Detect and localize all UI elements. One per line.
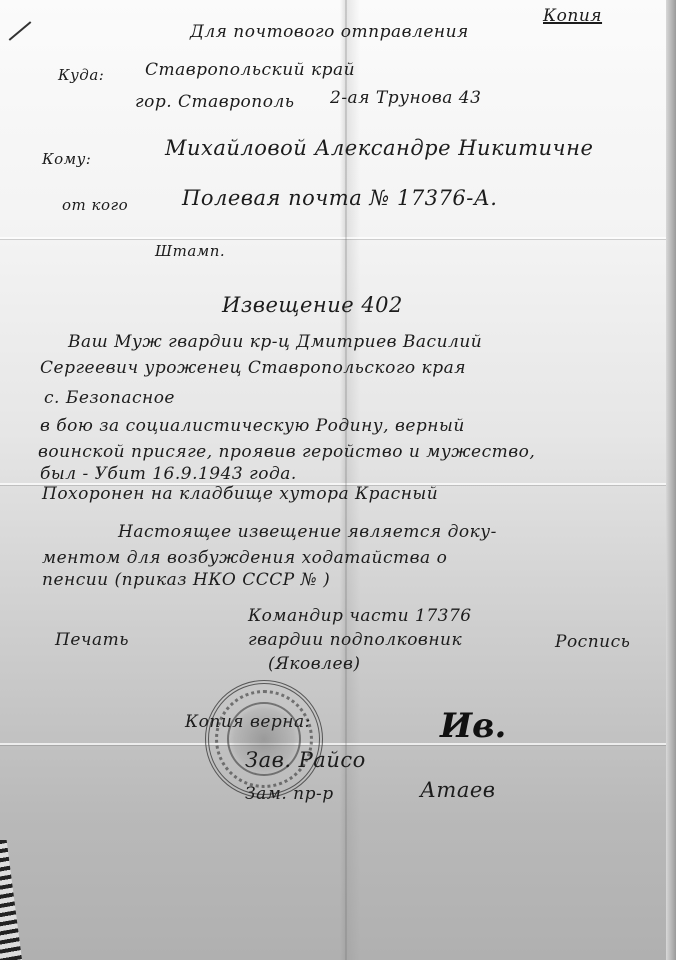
scanned-document: Копия Для почтового отправления Куда: Ст… bbox=[0, 0, 676, 960]
commander-line-2: гвардии подполковник bbox=[248, 630, 462, 650]
seal-ring bbox=[215, 690, 313, 788]
page-edge bbox=[0, 840, 22, 960]
notice-title: Извещение 402 bbox=[222, 293, 403, 317]
address-city: гор. Ставрополь bbox=[135, 92, 295, 112]
copy-mark: Копия bbox=[543, 6, 602, 26]
fold-line bbox=[0, 237, 676, 239]
postal-header: Для почтового отправления bbox=[190, 22, 469, 42]
page-edge bbox=[666, 0, 676, 960]
notice-line: ментом для возбуждения ходатайства о bbox=[42, 548, 447, 568]
address-street: 2-ая Трунова 43 bbox=[330, 88, 481, 108]
pen-mark bbox=[9, 21, 32, 41]
body-line: Похоронен на кладбище хутора Красный bbox=[42, 484, 438, 504]
stamp-label: Штамп. bbox=[155, 242, 225, 260]
body-line: был - Убит 16.9.1943 года. bbox=[40, 464, 297, 484]
address-line-1: Ставропольский край bbox=[145, 60, 355, 80]
recipient-label: Кому: bbox=[42, 150, 91, 168]
certification-line-1: Копия верна: bbox=[185, 712, 311, 732]
body-line: Сергеевич уроженец Ставропольского края bbox=[40, 358, 466, 378]
commander-signature-label: Роспись bbox=[555, 632, 630, 652]
notice-line: пенсии (приказ НКО СССР № ) bbox=[42, 570, 330, 590]
recipient-name: Михайловой Александре Никитичне bbox=[165, 136, 593, 160]
body-line: Ваш Муж гвардии кр-ц Дмитриев Василий bbox=[68, 332, 482, 352]
body-line: воинской присяге, проявив геройство и му… bbox=[38, 442, 535, 462]
body-line: в бою за социалистическую Родину, верный bbox=[40, 416, 465, 436]
commander-line-1: Командир части 17376 bbox=[248, 606, 472, 626]
sender-value: Полевая почта № 17376-А. bbox=[182, 186, 497, 210]
official-seal bbox=[205, 680, 323, 798]
sender-label: от кого bbox=[62, 196, 128, 214]
commander-name: (Яковлев) bbox=[268, 654, 361, 674]
fold-line bbox=[0, 743, 676, 745]
notice-line: Настоящее извещение является доку- bbox=[118, 522, 497, 542]
address-label: Куда: bbox=[58, 66, 104, 84]
body-line: с. Безопасное bbox=[44, 388, 175, 408]
certification-line-3: Зам. пр-р bbox=[245, 784, 334, 804]
certification-line-2: Зав. Райсо bbox=[245, 748, 366, 772]
signature-mark: Ив. bbox=[440, 706, 506, 746]
seal-label: Печать bbox=[55, 630, 129, 650]
certification-signature: Атаев bbox=[420, 778, 496, 802]
